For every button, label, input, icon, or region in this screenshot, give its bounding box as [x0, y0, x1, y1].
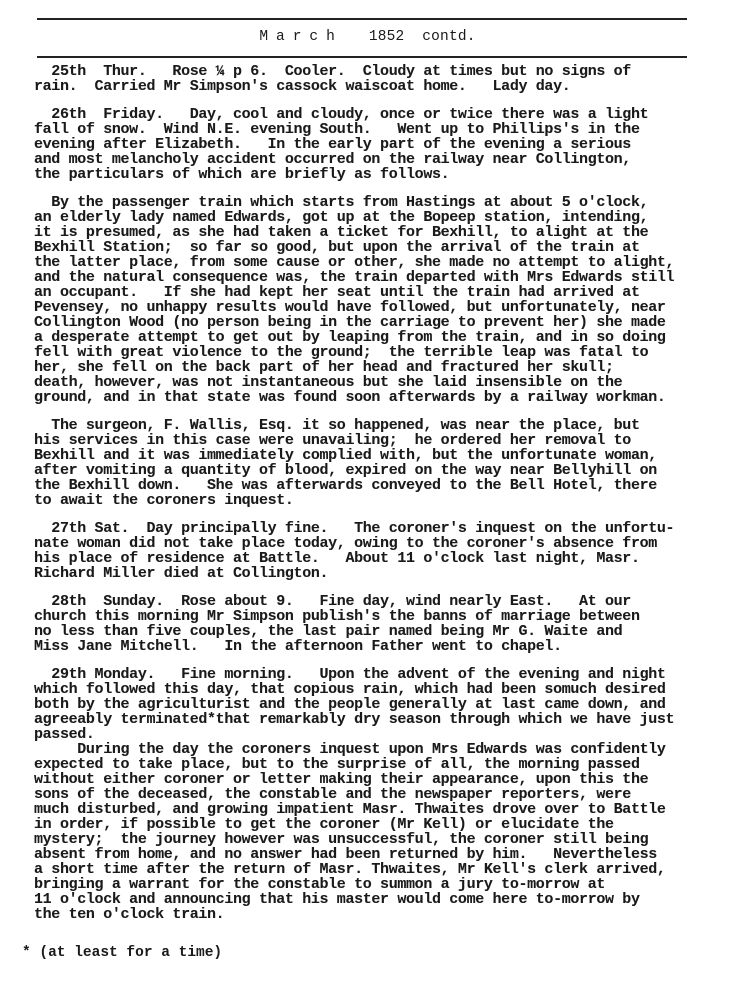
diary-body: 25th Thur. Rose ¼ p 6. Cooler. Cloudy at… — [34, 64, 734, 935]
heading-year: 1852 contd. — [369, 29, 476, 45]
heading-month: March — [259, 29, 343, 45]
text-line: the ten o'clock train. — [34, 907, 734, 922]
text-line: fall of snow. Wind N.E. evening South. W… — [34, 122, 734, 137]
text-line: By the passenger train which starts from… — [34, 195, 734, 210]
text-line: without either coroner or letter making … — [34, 772, 734, 787]
text-line: passed. — [34, 727, 734, 742]
diary-entry-26th-c: The surgeon, F. Wallis, Esq. it so happe… — [34, 418, 734, 508]
text-line: 27th Sat. Day principally fine. The coro… — [34, 521, 734, 536]
diary-entry-27th: 27th Sat. Day principally fine. The coro… — [34, 521, 734, 581]
text-line: rain. Carried Mr Simpson's cassock waisc… — [34, 79, 734, 94]
text-line: agreeably terminated*that remarkably dry… — [34, 712, 734, 727]
text-line: her, she fell on the back part of her he… — [34, 360, 734, 375]
text-line: 25th Thur. Rose ¼ p 6. Cooler. Cloudy at… — [34, 64, 734, 79]
diary-entry-28th: 28th Sunday. Rose about 9. Fine day, win… — [34, 594, 734, 654]
top-rule — [37, 18, 687, 20]
text-line: 29th Monday. Fine morning. Upon the adve… — [34, 667, 734, 682]
bottom-rule — [37, 56, 687, 58]
text-line: a short time after the return of Masr. T… — [34, 862, 734, 877]
text-line: death, however, was not instantaneous bu… — [34, 375, 734, 390]
diary-entry-26th: 26th Friday. Day, cool and cloudy, once … — [34, 107, 734, 182]
page-heading: March1852 contd. — [0, 29, 735, 45]
text-line: ground, and in that state was found soon… — [34, 390, 734, 405]
text-line: after vomiting a quantity of blood, expi… — [34, 463, 734, 478]
text-line: the latter place, from some cause or oth… — [34, 255, 734, 270]
text-line: Pevensey, no unhappy results would have … — [34, 300, 734, 315]
text-line: Collington Wood (no person being in the … — [34, 315, 734, 330]
text-line: During the day the coroners inquest upon… — [34, 742, 734, 757]
text-line: the Bexhill down. She was afterwards con… — [34, 478, 734, 493]
diary-entry-29th-b: During the day the coroners inquest upon… — [34, 742, 734, 922]
text-line: 11 o'clock and announcing that his maste… — [34, 892, 734, 907]
text-line: a desperate attempt to get out by leapin… — [34, 330, 734, 345]
text-line: Bexhill and it was immediately complied … — [34, 448, 734, 463]
text-line: Miss Jane Mitchell. In the afternoon Fat… — [34, 639, 734, 654]
text-line: an occupant. If she had kept her seat un… — [34, 285, 734, 300]
text-line: no less than five couples, the last pair… — [34, 624, 734, 639]
text-line: church this morning Mr Simpson publish's… — [34, 609, 734, 624]
text-line: absent from home, and no answer had been… — [34, 847, 734, 862]
text-line: both by the agriculturist and the people… — [34, 697, 734, 712]
text-line: and the natural consequence was, the tra… — [34, 270, 734, 285]
text-line: expected to take place, but to the surpr… — [34, 757, 734, 772]
text-line: Richard Miller died at Collington. — [34, 566, 734, 581]
text-line: 26th Friday. Day, cool and cloudy, once … — [34, 107, 734, 122]
text-line: Bexhill Station; so far so good, but upo… — [34, 240, 734, 255]
text-line: fell with great violence to the ground; … — [34, 345, 734, 360]
text-line: and most melancholy accident occurred on… — [34, 152, 734, 167]
diary-entry-26th-b: By the passenger train which starts from… — [34, 195, 734, 405]
text-line: nate woman did not take place today, owi… — [34, 536, 734, 551]
text-line: bringing a warrant for the constable to … — [34, 877, 734, 892]
text-line: The surgeon, F. Wallis, Esq. it so happe… — [34, 418, 734, 433]
text-line: sons of the deceased, the constable and … — [34, 787, 734, 802]
diary-entry-25th: 25th Thur. Rose ¼ p 6. Cooler. Cloudy at… — [34, 64, 734, 94]
diary-entry-29th: 29th Monday. Fine morning. Upon the adve… — [34, 667, 734, 742]
text-line: 28th Sunday. Rose about 9. Fine day, win… — [34, 594, 734, 609]
text-line: evening after Elizabeth. In the early pa… — [34, 137, 734, 152]
text-line: his services in this case were unavailin… — [34, 433, 734, 448]
text-line: his place of residence at Battle. About … — [34, 551, 734, 566]
text-line: to await the coroners inquest. — [34, 493, 734, 508]
text-line: the particulars of which are briefly as … — [34, 167, 734, 182]
text-line: which followed this day, that copious ra… — [34, 682, 734, 697]
footnote: * (at least for a time) — [22, 945, 222, 961]
text-line: it is presumed, as she had taken a ticke… — [34, 225, 734, 240]
text-line: much disturbed, and growing impatient Ma… — [34, 802, 734, 817]
text-line: an elderly lady named Edwards, got up at… — [34, 210, 734, 225]
text-line: mystery; the journey however was unsucce… — [34, 832, 734, 847]
text-line: in order, if possible to get the coroner… — [34, 817, 734, 832]
